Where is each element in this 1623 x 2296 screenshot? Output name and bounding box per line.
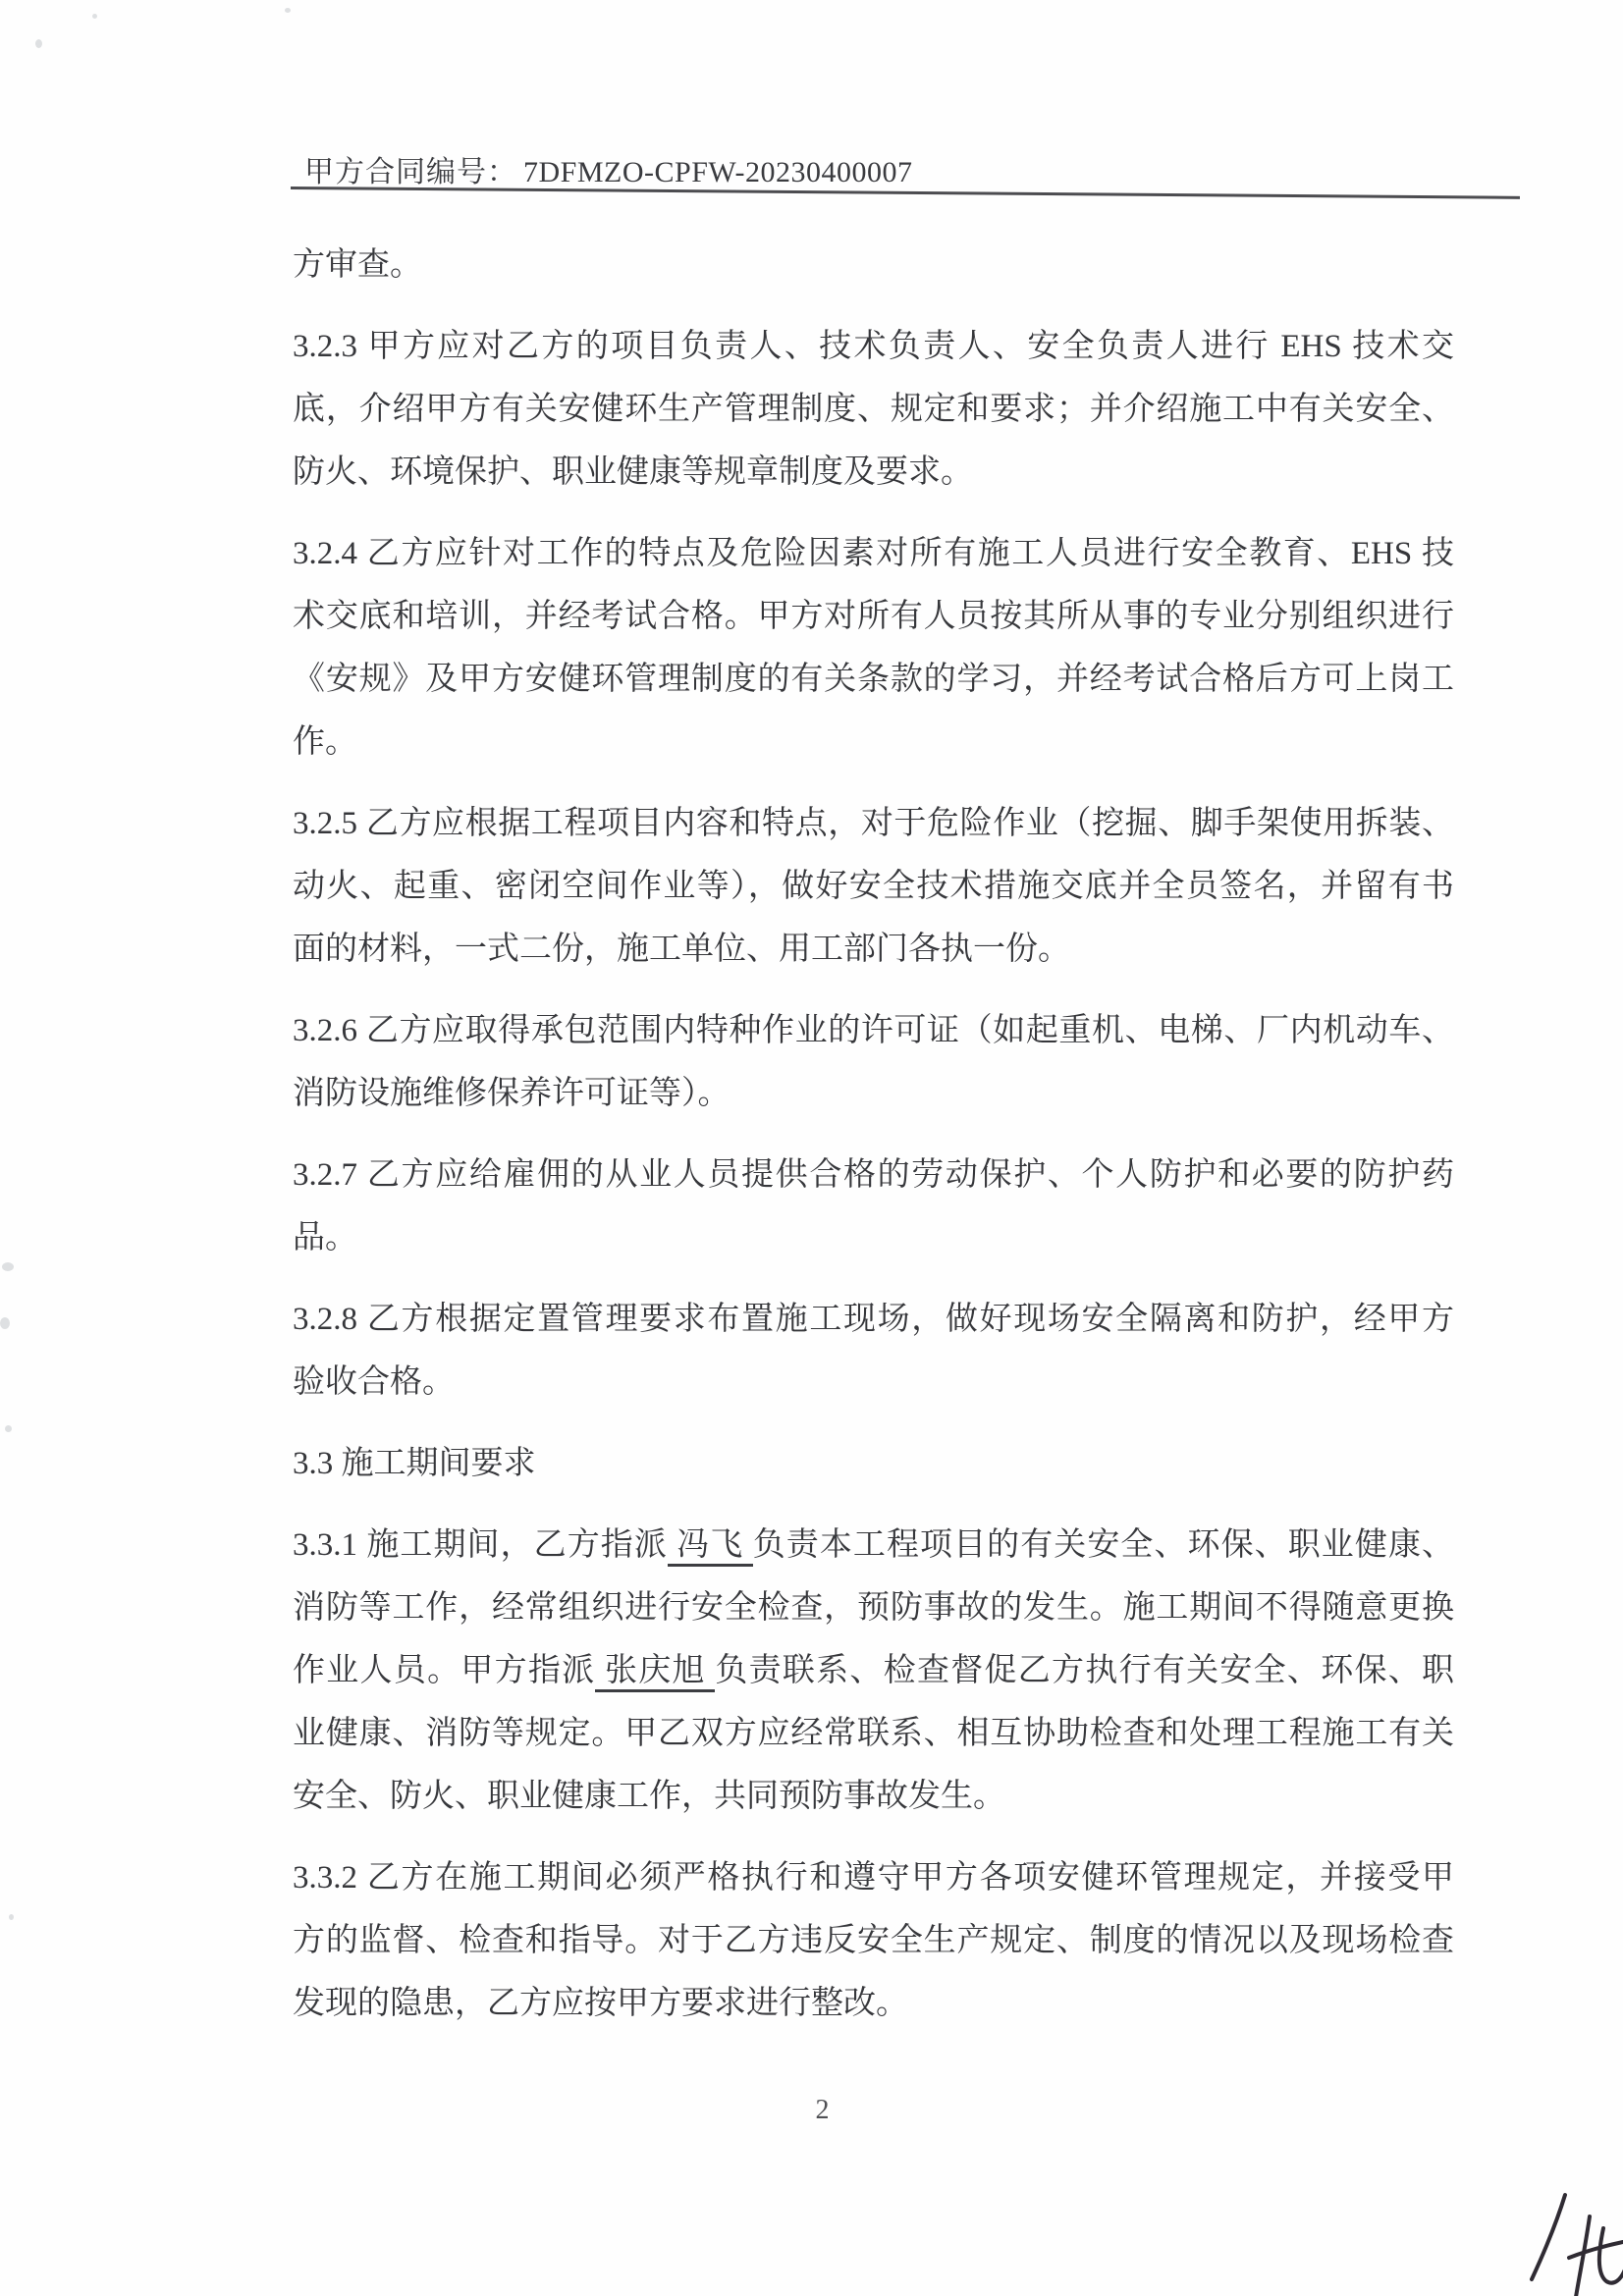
text-segment: 消防设施维修保养许可证等）。 xyxy=(293,1076,730,1111)
text-line: 3.2.4 乙方应针对工作的特点及危险因素对所有施工人员进行安全教育、EHS 技 xyxy=(293,522,1454,585)
paragraph: 3.3.1 施工期间，乙方指派 冯飞 负责本工程项目的有关安全、环保、职业健康、… xyxy=(293,1514,1454,1828)
scan-speck xyxy=(92,14,97,19)
text-line: 作。 xyxy=(293,711,1454,774)
text-line: 3.2.8 乙方根据定置管理要求布置施工现场，做好现场安全隔离和防护，经甲方 xyxy=(293,1288,1454,1351)
text-segment: 消防等工作，经常组织进行安全检查，预防事故的发生。施工期间不得随意更换 xyxy=(293,1590,1454,1626)
text-segment: 《安规》及甲方安健环管理制度的有关条款的学习，并经考试合格后方可上岗工 xyxy=(293,662,1454,697)
text-segment: 方审查。 xyxy=(293,247,422,283)
text-segment: 负责联系、检查督促乙方执行有关安全、环保、职 xyxy=(715,1653,1454,1688)
text-line: 面的材料，一式二份，施工单位、用工部门各执一份。 xyxy=(293,918,1454,981)
text-segment: 动火、起重、密闭空间作业等），做好安全技术措施交底并全员签名，并留有书 xyxy=(293,869,1454,904)
text-line: 动火、起重、密闭空间作业等），做好安全技术措施交底并全员签名，并留有书 xyxy=(293,855,1454,918)
text-line: 消防设施维修保养许可证等）。 xyxy=(293,1062,1454,1125)
text-line: 《安规》及甲方安健环管理制度的有关条款的学习，并经考试合格后方可上岗工 xyxy=(293,648,1454,711)
text-segment: 底，介绍甲方有关安健环生产管理制度、规定和要求；并介绍施工中有关安全、 xyxy=(293,392,1454,427)
text-segment: 3.2.5 乙方应根据工程项目内容和特点，对于危险作业（挖掘、脚手架使用拆装、 xyxy=(293,806,1454,841)
text-segment: 方的监督、检查和指导。对于乙方违反安全生产规定、制度的情况以及现场检查 xyxy=(293,1923,1454,1958)
text-line: 发现的隐患，乙方应按甲方要求进行整改。 xyxy=(293,1972,1454,2035)
text-segment: 品。 xyxy=(293,1220,357,1255)
underlined-name: 冯飞 xyxy=(668,1527,753,1567)
text-segment: 术交底和培训，并经考试合格。甲方对所有人员按其所从事的专业分别组织进行 xyxy=(293,599,1454,634)
text-line: 防火、环境保护、职业健康等规章制度及要求。 xyxy=(293,441,1454,504)
text-line: 安全、防火、职业健康工作，共同预防事故发生。 xyxy=(293,1765,1454,1828)
text-line: 术交底和培训，并经考试合格。甲方对所有人员按其所从事的专业分别组织进行 xyxy=(293,585,1454,648)
text-segment: 负责本工程项目的有关安全、环保、职业健康、 xyxy=(753,1527,1454,1563)
text-line: 3.2.7 乙方应给雇佣的从业人员提供合格的劳动保护、个人防护和必要的防护药 xyxy=(293,1144,1454,1206)
paragraph: 3.3 施工期间要求 xyxy=(293,1432,1454,1495)
scan-speck xyxy=(0,1317,10,1329)
paragraph: 方审查。 xyxy=(293,234,1454,296)
text-line: 3.2.5 乙方应根据工程项目内容和特点，对于危险作业（挖掘、脚手架使用拆装、 xyxy=(293,792,1454,855)
text-segment: 验收合格。 xyxy=(293,1364,455,1400)
text-line: 3.3.2 乙方在施工期间必须严格执行和遵守甲方各项安健环管理规定，并接受甲 xyxy=(293,1846,1454,1909)
text-segment: 3.2.3 甲方应对乙方的项目负责人、技术负责人、安全负责人进行 EHS 技术交 xyxy=(293,329,1454,364)
text-segment: 面的材料，一式二份，施工单位、用工部门各执一份。 xyxy=(293,932,1070,967)
contract-body: 方审查。3.2.3 甲方应对乙方的项目负责人、技术负责人、安全负责人进行 EHS… xyxy=(293,234,1454,2054)
text-segment: 3.3.1 施工期间，乙方指派 xyxy=(293,1527,668,1563)
contract-number-value: 7DFMZO-CPFW-20230400007 xyxy=(517,156,913,188)
text-segment: 3.2.7 乙方应给雇佣的从业人员提供合格的劳动保护、个人防护和必要的防护药 xyxy=(293,1157,1454,1193)
text-line: 3.3.1 施工期间，乙方指派 冯飞 负责本工程项目的有关安全、环保、职业健康、 xyxy=(293,1514,1454,1576)
page-number: 2 xyxy=(0,2095,1623,2126)
text-line: 验收合格。 xyxy=(293,1351,1454,1414)
text-segment: 作业人员。甲方指派 xyxy=(293,1653,595,1688)
text-line: 3.2.6 乙方应取得承包范围内特种作业的许可证（如起重机、电梯、厂内机动车、 xyxy=(293,999,1454,1062)
text-line: 业健康、消防等规定。甲乙双方应经常联系、相互协助检查和处理工程施工有关 xyxy=(293,1702,1454,1765)
text-segment: 3.2.8 乙方根据定置管理要求布置施工现场，做好现场安全隔离和防护，经甲方 xyxy=(293,1302,1454,1337)
paragraph: 3.3.2 乙方在施工期间必须严格执行和遵守甲方各项安健环管理规定，并接受甲方的… xyxy=(293,1846,1454,2035)
page-header: 甲方合同编号：7DFMZO-CPFW-20230400007 xyxy=(304,147,913,190)
text-line: 3.3 施工期间要求 xyxy=(293,1432,1454,1495)
text-line: 作业人员。甲方指派 张庆旭 负责联系、检查督促乙方执行有关安全、环保、职 xyxy=(293,1639,1454,1702)
text-segment: 发现的隐患，乙方应按甲方要求进行整改。 xyxy=(293,1986,908,2021)
scan-speck xyxy=(35,39,42,48)
text-line: 方审查。 xyxy=(293,234,1454,296)
paragraph: 3.2.6 乙方应取得承包范围内特种作业的许可证（如起重机、电梯、厂内机动车、消… xyxy=(293,999,1454,1125)
text-line: 方的监督、检查和指导。对于乙方违反安全生产规定、制度的情况以及现场检查 xyxy=(293,1909,1454,1972)
text-segment: 防火、环境保护、职业健康等规章制度及要求。 xyxy=(293,454,973,490)
paragraph: 3.2.4 乙方应针对工作的特点及危险因素对所有施工人员进行安全教育、EHS 技… xyxy=(293,522,1454,774)
contract-number-label: 甲方合同编号： xyxy=(304,156,517,188)
paragraph: 3.2.8 乙方根据定置管理要求布置施工现场，做好现场安全隔离和防护，经甲方验收… xyxy=(293,1288,1454,1414)
text-segment: 3.2.4 乙方应针对工作的特点及危险因素对所有施工人员进行安全教育、EHS 技 xyxy=(293,536,1454,571)
text-line: 3.2.3 甲方应对乙方的项目负责人、技术负责人、安全负责人进行 EHS 技术交 xyxy=(293,315,1454,378)
text-segment: 3.2.6 乙方应取得承包范围内特种作业的许可证（如起重机、电梯、厂内机动车、 xyxy=(293,1013,1454,1048)
text-line: 底，介绍甲方有关安健环生产管理制度、规定和要求；并介绍施工中有关安全、 xyxy=(293,378,1454,441)
text-segment: 作。 xyxy=(293,724,357,760)
scan-speck xyxy=(5,1425,12,1432)
text-line: 消防等工作，经常组织进行安全检查，预防事故的发生。施工期间不得随意更换 xyxy=(293,1576,1454,1639)
text-line: 品。 xyxy=(293,1206,1454,1269)
scan-speck xyxy=(2,1262,14,1271)
paragraph: 3.2.5 乙方应根据工程项目内容和特点，对于危险作业（挖掘、脚手架使用拆装、动… xyxy=(293,792,1454,981)
scan-speck xyxy=(285,8,291,13)
scanned-contract-page: 甲方合同编号：7DFMZO-CPFW-20230400007 方审查。3.2.3… xyxy=(0,0,1623,2296)
text-segment: 3.3.2 乙方在施工期间必须严格执行和遵守甲方各项安健环管理规定，并接受甲 xyxy=(293,1860,1454,1896)
text-segment: 安全、防火、职业健康工作，共同预防事故发生。 xyxy=(293,1779,1005,1814)
underlined-name: 张庆旭 xyxy=(595,1653,715,1692)
text-segment: 业健康、消防等规定。甲乙双方应经常联系、相互协助检查和处理工程施工有关 xyxy=(293,1716,1454,1751)
text-segment: 3.3 施工期间要求 xyxy=(293,1446,536,1481)
scan-speck xyxy=(9,1914,14,1920)
paragraph: 3.2.7 乙方应给雇佣的从业人员提供合格的劳动保护、个人防护和必要的防护药品。 xyxy=(293,1144,1454,1269)
paragraph: 3.2.3 甲方应对乙方的项目负责人、技术负责人、安全负责人进行 EHS 技术交… xyxy=(293,315,1454,504)
handwritten-mark-icon xyxy=(1528,2191,1623,2296)
